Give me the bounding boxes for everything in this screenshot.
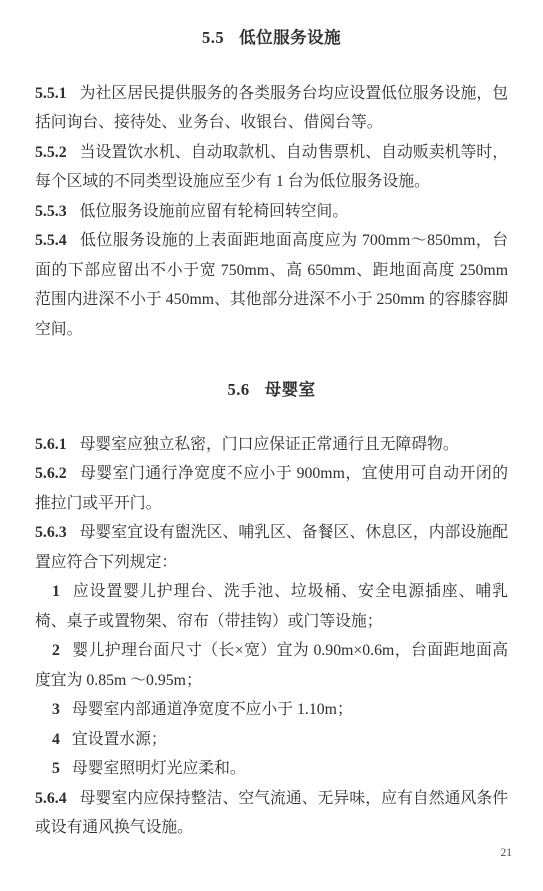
list-item-number: 2	[52, 642, 60, 659]
clause-5-5-3: 5.5.3低位服务设施前应留有轮椅回转空间。	[35, 197, 508, 227]
section-title-text: 低位服务设施	[239, 28, 341, 47]
list-item-number: 3	[52, 701, 60, 718]
list-item-text: 母婴室照明灯光应柔和。	[72, 760, 246, 777]
list-item-text: 应设置婴儿护理台、洗手池、垃圾桶、安全电源插座、哺乳椅、桌子或置物架、帘布（带挂…	[35, 583, 508, 630]
clause-number: 5.5.4	[35, 232, 67, 249]
document-page: 5.5低位服务设施 5.5.1为社区居民提供服务的各类服务台均应设置低位服务设施…	[35, 0, 508, 843]
clause-5-6-3: 5.6.3母婴室宜设有盥洗区、哺乳区、备餐区、休息区，内部设施配置应符合下列规定…	[35, 518, 508, 577]
clause-text: 当设置饮水机、自动取款机、自动售票机、自动贩卖机等时，每个区域的不同类型设施应至…	[35, 144, 508, 191]
clause-text: 母婴室应独立私密，门口应保证正常通行且无障碍物。	[80, 436, 459, 453]
list-item-number: 5	[52, 760, 60, 777]
section-title-text: 母婴室	[265, 380, 316, 399]
clause-text: 低位服务设施前应留有轮椅回转空间。	[80, 203, 349, 220]
clause-text: 为社区居民提供服务的各类服务台均应设置低位服务设施，包括问询台、接待处、业务台、…	[35, 85, 508, 132]
section-heading-5-6: 5.6母婴室	[35, 375, 508, 405]
list-item-2: 2婴儿护理台面尺寸（长×宽）宜为 0.90m×0.6m，台面距地面高度宜为 0.…	[35, 636, 508, 695]
clause-text: 低位服务设施的上表面距地面高度应为 700mm～850mm，台面的下部应留出不小…	[35, 232, 508, 338]
clause-number: 5.5.2	[35, 144, 67, 161]
clause-number: 5.6.3	[35, 524, 67, 541]
list-item-text: 宜设置水源；	[72, 731, 167, 748]
section-heading-5-5: 5.5低位服务设施	[35, 23, 508, 53]
section-number: 5.6	[227, 380, 249, 399]
list-item-text: 婴儿护理台面尺寸（长×宽）宜为 0.90m×0.6m，台面距地面高度宜为 0.8…	[35, 642, 508, 689]
clause-text: 母婴室内应保持整洁、空气流通、无异味，应有自然通风条件或设有通风换气设施。	[35, 790, 508, 837]
clause-number: 5.6.1	[35, 436, 67, 453]
list-item-3: 3母婴室内部通道净宽度不应小于 1.10m；	[35, 695, 508, 725]
clause-number: 5.5.1	[35, 85, 67, 102]
list-item-number: 1	[52, 583, 60, 600]
list-item-number: 4	[52, 731, 60, 748]
list-item-text: 母婴室内部通道净宽度不应小于 1.10m；	[72, 701, 353, 718]
list-item-1: 1应设置婴儿护理台、洗手池、垃圾桶、安全电源插座、哺乳椅、桌子或置物架、帘布（带…	[35, 577, 508, 636]
clause-5-5-4: 5.5.4低位服务设施的上表面距地面高度应为 700mm～850mm，台面的下部…	[35, 226, 508, 344]
clause-5-5-2: 5.5.2当设置饮水机、自动取款机、自动售票机、自动贩卖机等时，每个区域的不同类…	[35, 138, 508, 197]
page-number: 21	[501, 846, 513, 860]
clause-5-6-4: 5.6.4母婴室内应保持整洁、空气流通、无异味，应有自然通风条件或设有通风换气设…	[35, 784, 508, 843]
clause-text: 母婴室宜设有盥洗区、哺乳区、备餐区、休息区，内部设施配置应符合下列规定：	[35, 524, 508, 571]
clause-number: 5.5.3	[35, 203, 67, 220]
clause-5-5-1: 5.5.1为社区居民提供服务的各类服务台均应设置低位服务设施，包括问询台、接待处…	[35, 79, 508, 138]
list-item-5: 5母婴室照明灯光应柔和。	[35, 754, 508, 784]
clause-number: 5.6.2	[35, 465, 67, 482]
clause-5-6-2: 5.6.2母婴室门通行净宽度不应小于 900mm，宜使用可自动开闭的推拉门或平开…	[35, 459, 508, 518]
list-item-4: 4宜设置水源；	[35, 725, 508, 755]
section-number: 5.5	[202, 28, 224, 47]
clause-number: 5.6.4	[35, 790, 67, 807]
clause-text: 母婴室门通行净宽度不应小于 900mm，宜使用可自动开闭的推拉门或平开门。	[35, 465, 508, 512]
clause-5-6-1: 5.6.1母婴室应独立私密，门口应保证正常通行且无障碍物。	[35, 430, 508, 460]
